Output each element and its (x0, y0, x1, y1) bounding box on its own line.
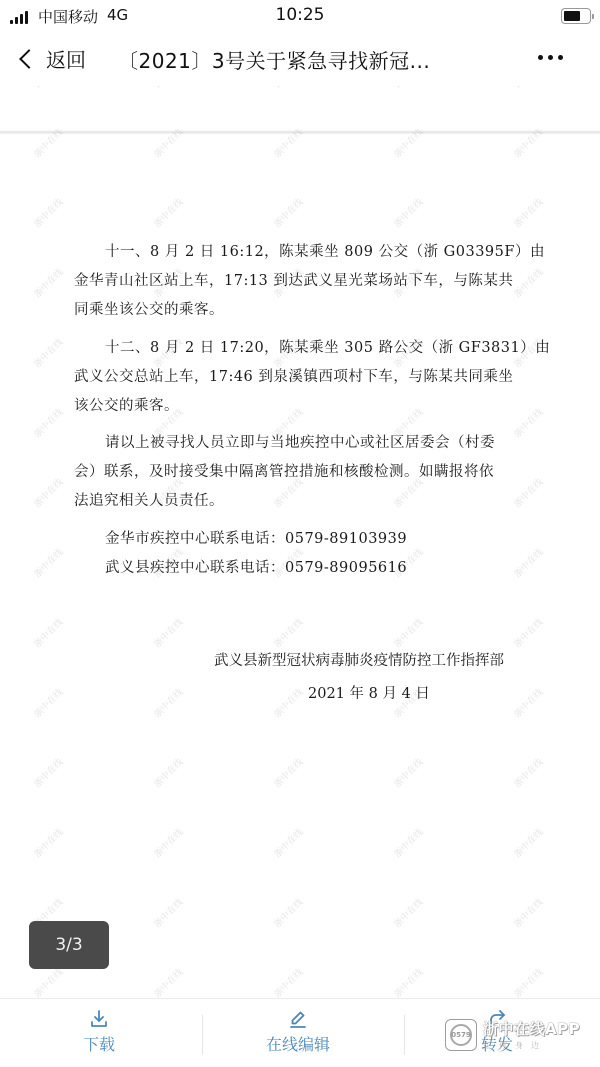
share-arrow-icon (487, 1009, 507, 1029)
text-line: 请以上被寻找人员立即与当地疾控中心或社区居委会（村委 (74, 429, 534, 458)
text-line: 金华青山社区站上车，17:13 到达武义星光菜场站下车，与陈某共 (74, 267, 534, 296)
watermark-text: 浙中在线 (391, 825, 426, 860)
watermark-text: 浙中在线 (511, 755, 546, 790)
watermark-text: 浙中在线 (151, 825, 186, 860)
status-time: 10:25 (0, 5, 600, 25)
watermark-text: 浙中在线 (151, 965, 186, 998)
watermark-text: 浙中在线 (391, 86, 426, 90)
contact-jinhua: 金华市疾控中心联系电话：0579-89103939 (74, 525, 534, 554)
watermark-text: 浙中在线 (151, 685, 186, 720)
watermark-text: 浙中在线 (31, 265, 66, 300)
watermark-text: 浙中在线 (31, 405, 66, 440)
forward-label: 转发 (481, 1032, 513, 1055)
watermark-text: 浙中在线 (511, 615, 546, 650)
toolbar-divider (404, 1015, 405, 1055)
paragraph-eleven: 十一、8 月 2 日 16:12，陈某乘坐 809 公交（浙 G03395F）由… (74, 238, 534, 325)
paragraph-twelve: 十二、8 月 2 日 17:20，陈某乘坐 305 路公交（浙 GF3831）由… (74, 334, 534, 421)
online-edit-label: 在线编辑 (266, 1032, 330, 1055)
text-line: 会）联系，及时接受集中隔离管控措施和核酸检测。如瞒报将依 (74, 458, 534, 487)
issue-date: 2021 年 8 月 4 日 (308, 682, 430, 703)
contact-list: 金华市疾控中心联系电话：0579-89103939 武义县疾控中心联系电话：05… (74, 525, 534, 583)
watermark-text: 浙中在线 (391, 755, 426, 790)
watermark-text: 浙中在线 (151, 195, 186, 230)
watermark-text: 浙中在线 (271, 755, 306, 790)
watermark-text: 浙中在线 (31, 615, 66, 650)
paragraph-notice: 请以上被寻找人员立即与当地疾控中心或社区居委会（村委 会）联系，及时接受集中隔离… (74, 429, 534, 516)
watermark-text: 浙中在线 (271, 86, 306, 90)
download-button[interactable]: 下载 (64, 1009, 134, 1055)
watermark-text: 浙中在线 (511, 195, 546, 230)
watermark-text: 浙中在线 (151, 615, 186, 650)
watermark-text: 浙中在线 (31, 195, 66, 230)
text-line: 十二、8 月 2 日 17:20，陈某乘坐 305 路公交（浙 GF3831）由 (74, 334, 534, 363)
forward-button[interactable]: 转发 (462, 1009, 532, 1055)
status-bar: 中国移动 4G 10:25 (0, 0, 600, 36)
pencil-icon (288, 1009, 308, 1029)
watermark-text: 浙中在线 (271, 895, 306, 930)
watermark-text: 浙中在线 (511, 895, 546, 930)
watermark-text: 浙中在线 (271, 615, 306, 650)
chevron-left-icon (19, 49, 39, 69)
watermark-text: 浙中在线 (511, 965, 546, 998)
watermark-text: 浙中在线 (31, 825, 66, 860)
more-horizontal-icon (538, 55, 543, 60)
text-line: 同乘坐该公交的乘客。 (74, 296, 534, 325)
online-edit-button[interactable]: 在线编辑 (248, 1009, 348, 1055)
text-line: 法追究相关人员责任。 (74, 487, 534, 516)
back-button[interactable]: 返回 (14, 44, 86, 73)
page-indicator: 3/3 (29, 921, 109, 969)
watermark-text: 浙中在线 (31, 965, 66, 998)
document-title: 〔2021〕3号关于紧急寻找新冠... (118, 45, 498, 74)
watermark-text: 浙中在线 (511, 685, 546, 720)
watermark-text: 浙中在线 (391, 965, 426, 998)
watermark-text: 浙中在线 (271, 685, 306, 720)
back-label: 返回 (46, 44, 86, 73)
text-line: 武义公交总站上车，17:46 到泉溪镇西项村下车，与陈某共同乘坐 (74, 363, 534, 392)
watermark-text: 浙中在线 (151, 755, 186, 790)
text-line: 该公交的乘客。 (74, 392, 534, 421)
watermark-text: 浙中在线 (271, 825, 306, 860)
watermark-text: 浙中在线 (391, 895, 426, 930)
bottom-toolbar: 下载 在线编辑 转发 (0, 998, 600, 1067)
download-icon (89, 1009, 109, 1029)
watermark-text: 浙中在线 (31, 86, 66, 90)
watermark-text: 浙中在线 (271, 965, 306, 998)
toolbar-divider (202, 1015, 203, 1055)
watermark-text: 浙中在线 (31, 685, 66, 720)
download-label: 下载 (83, 1032, 115, 1055)
document-viewer[interactable]: 浙中在线浙中在线浙中在线浙中在线浙中在线浙中在线浙中在线浙中在线浙中在线浙中在线… (0, 86, 600, 998)
watermark-text: 浙中在线 (31, 475, 66, 510)
watermark-text: 浙中在线 (271, 195, 306, 230)
watermark-text: 浙中在线 (511, 825, 546, 860)
issuer-signature: 武义县新型冠状病毒肺炎疫情防控工作指挥部 (214, 649, 504, 670)
watermark-text: 浙中在线 (511, 86, 546, 90)
watermark-text: 浙中在线 (31, 545, 66, 580)
text-line: 十一、8 月 2 日 16:12，陈某乘坐 809 公交（浙 G03395F）由 (74, 238, 534, 267)
watermark-text: 浙中在线 (151, 86, 186, 90)
nav-bar: 返回 〔2021〕3号关于紧急寻找新冠... (0, 36, 600, 86)
watermark-text: 浙中在线 (391, 195, 426, 230)
more-options-button[interactable] (538, 55, 563, 60)
watermark-text: 浙中在线 (391, 615, 426, 650)
contact-wuyi: 武义县疾控中心联系电话：0579-89095616 (74, 554, 534, 583)
page-divider (0, 130, 600, 134)
battery-icon (561, 8, 591, 24)
watermark-text: 浙中在线 (151, 895, 186, 930)
watermark-text: 浙中在线 (31, 755, 66, 790)
watermark-text: 浙中在线 (31, 335, 66, 370)
